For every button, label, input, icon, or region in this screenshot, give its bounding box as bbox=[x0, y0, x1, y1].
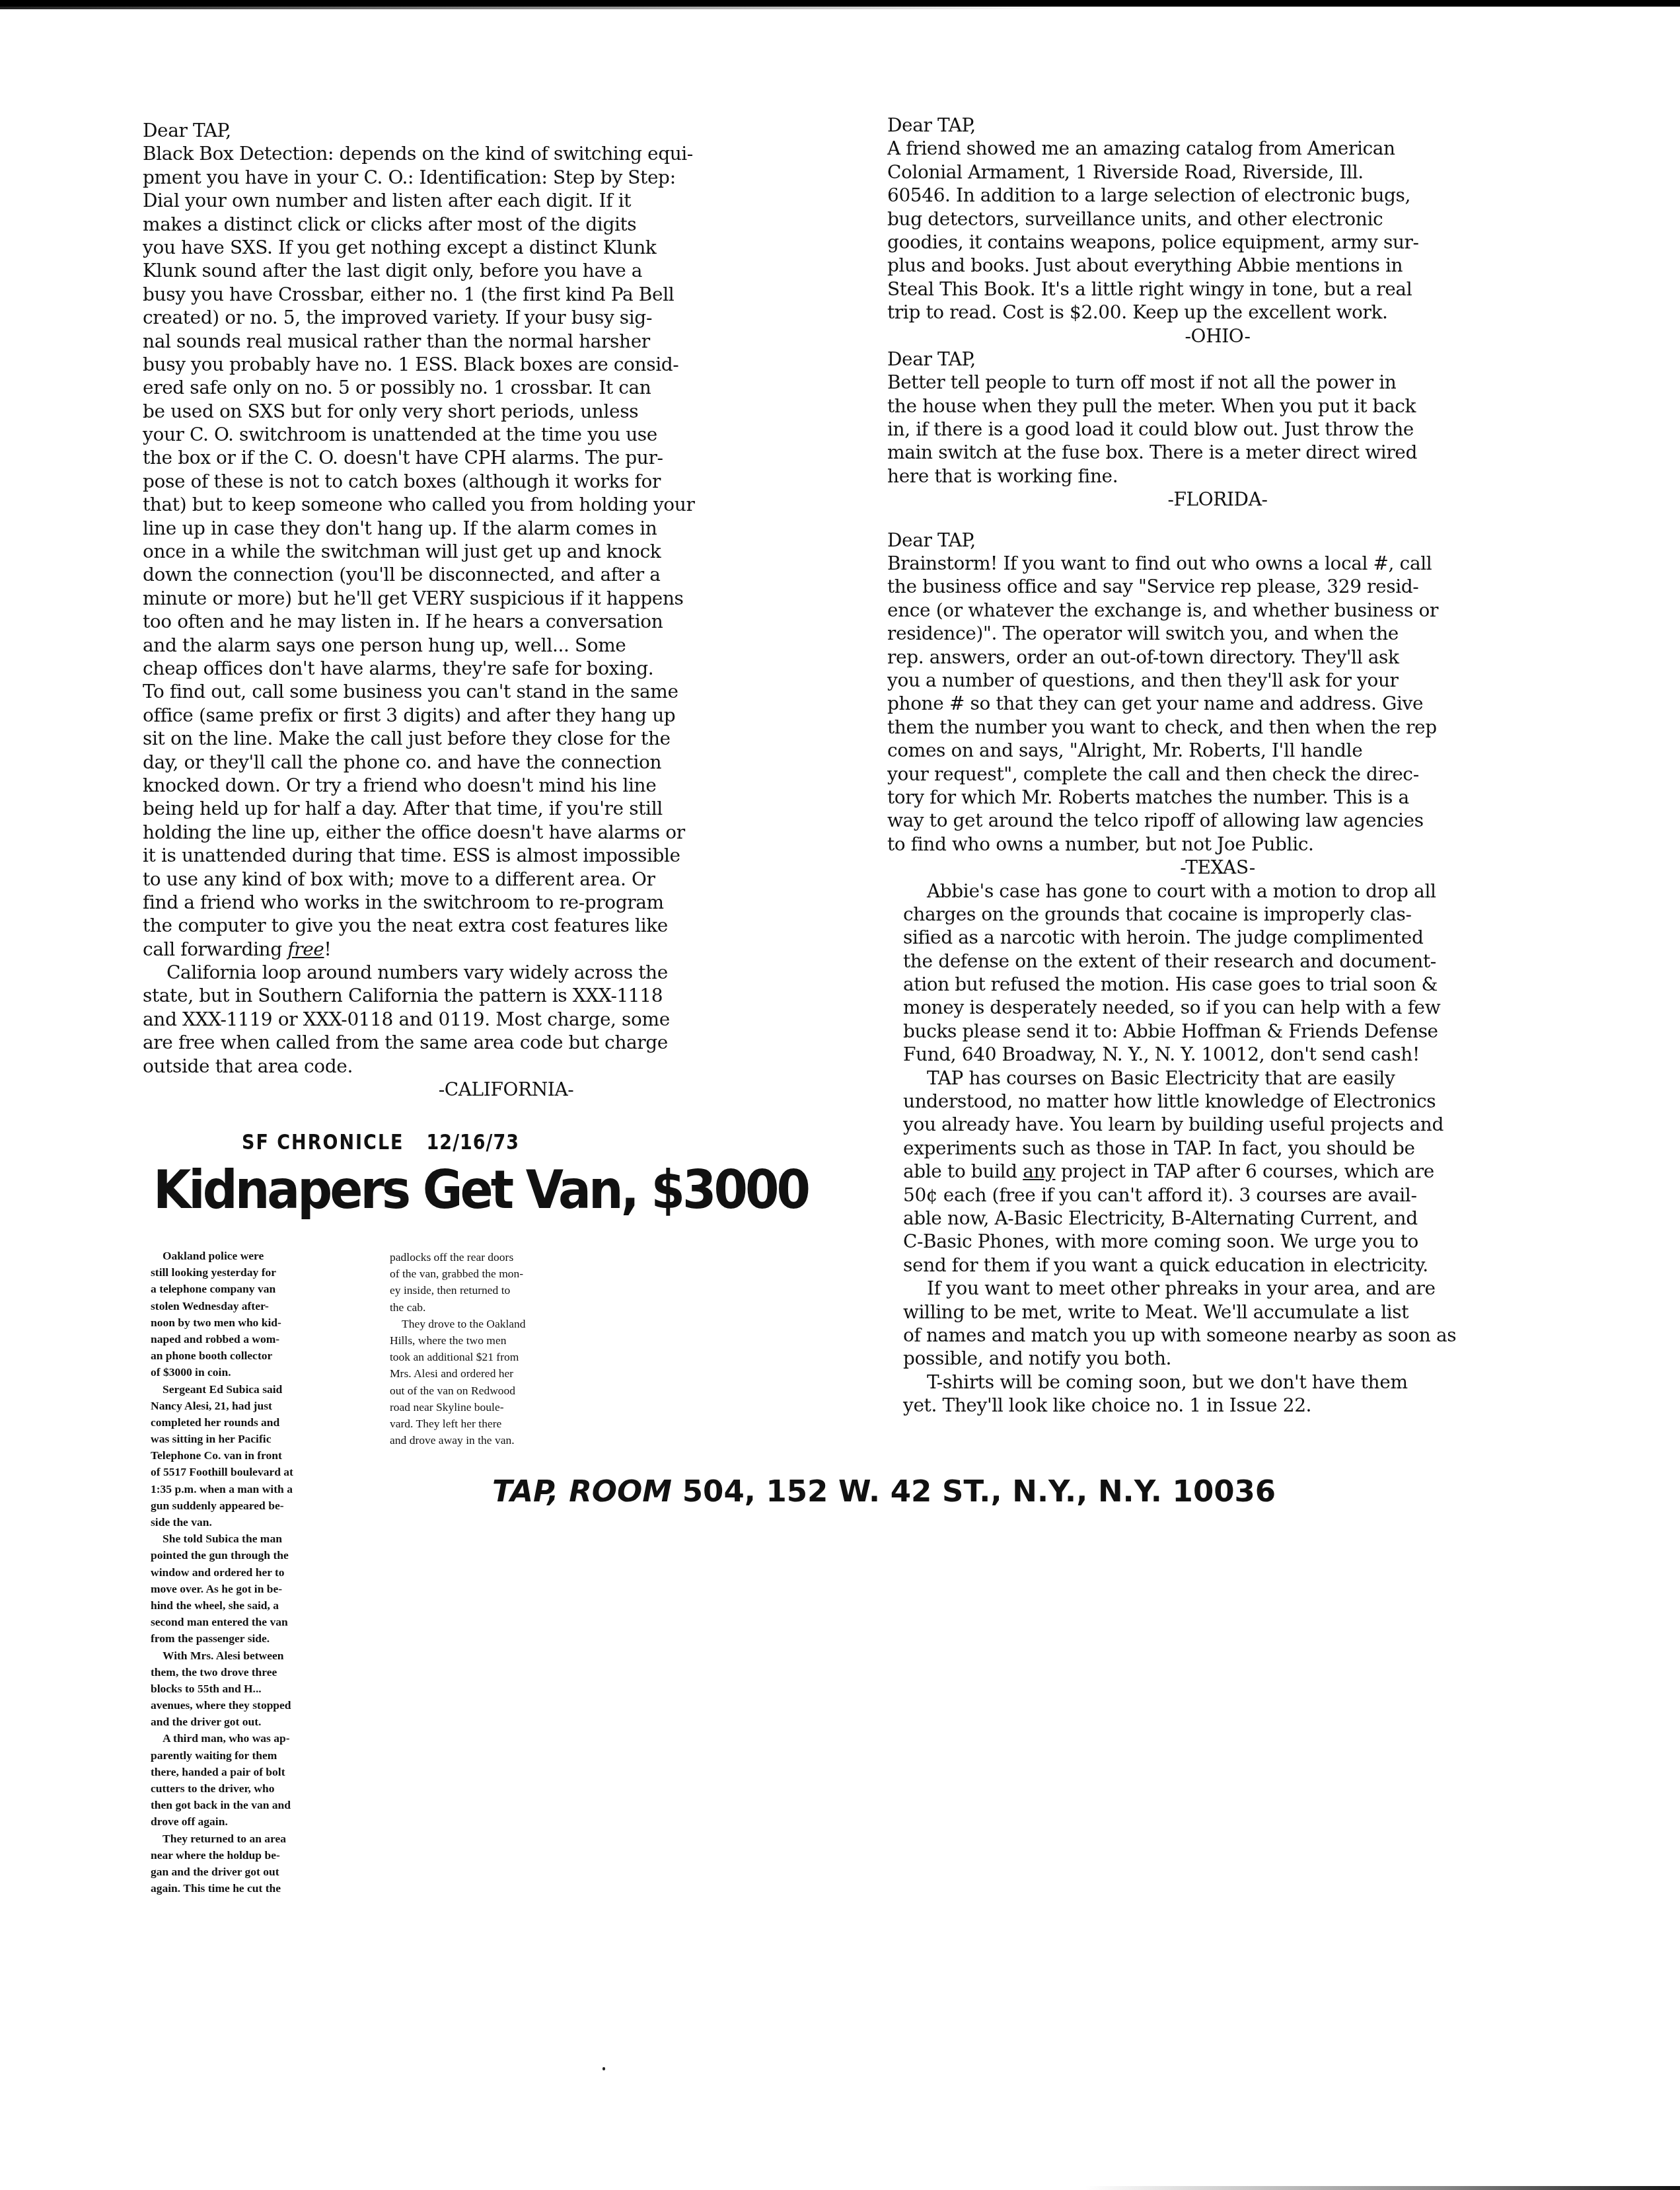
clipping-line: stolen Wednesday after- bbox=[151, 1298, 362, 1314]
text-line: 60546. In addition to a large selection … bbox=[887, 184, 1548, 207]
text-line: Steal This Book. It's a little right win… bbox=[887, 278, 1548, 301]
letter-body: A friend showed me an amazing catalog fr… bbox=[887, 137, 1548, 324]
abbie-defense-note: Abbie's case has gone to court with a mo… bbox=[887, 880, 1548, 1067]
clipping-line: naped and robbed a wom- bbox=[151, 1331, 362, 1347]
text: ! bbox=[324, 938, 331, 960]
paragraph: 50¢ each (free if you can't afford it). … bbox=[903, 1184, 1548, 1277]
text-line: to use any kind of box with; move to a d… bbox=[143, 868, 790, 891]
phreaks-note: If you want to meet other phreaks in you… bbox=[887, 1277, 1548, 1371]
text-line: money is desperately needed, so if you c… bbox=[903, 996, 1548, 1019]
text-line: plus and books. Just about everything Ab… bbox=[887, 254, 1548, 277]
text-line: of names and match you up with someone n… bbox=[903, 1324, 1548, 1347]
text-line: busy you probably have no. 1 ESS. Black … bbox=[143, 353, 790, 376]
salutation: Dear TAP, bbox=[887, 529, 1548, 552]
text-line: them the number you want to check, and t… bbox=[887, 716, 1548, 739]
address-street: 504, 152 W. 42 ST., N.Y., N.Y. 10036 bbox=[672, 1474, 1276, 1509]
clipping-line: road near Skyline boule- bbox=[390, 1399, 601, 1416]
clipping-line: still looking yesterday for bbox=[151, 1264, 362, 1281]
clipping-line: padlocks off the rear doors bbox=[390, 1249, 601, 1265]
clipping-line: Oakland police were bbox=[151, 1248, 362, 1264]
text-line: charges on the grounds that cocaine is i… bbox=[903, 903, 1548, 926]
text-line: Fund, 640 Broadway, N. Y., N. Y. 10012, … bbox=[903, 1043, 1548, 1066]
text-line: residence)". The operator will switch yo… bbox=[887, 622, 1548, 645]
clipping-line: an phone booth collector bbox=[151, 1347, 362, 1364]
text-line: Dial your own number and listen after ea… bbox=[143, 189, 790, 212]
address-name: TAP, ROOM bbox=[492, 1474, 672, 1509]
clipping-line: They drove to the Oakland bbox=[390, 1316, 601, 1332]
emphasis-free: free bbox=[287, 938, 324, 960]
text-line: goodies, it contains weapons, police equ… bbox=[887, 231, 1548, 254]
clipping-line: near where the holdup be- bbox=[151, 1847, 362, 1864]
clipping-line: and the driver got out. bbox=[151, 1714, 362, 1730]
text-line: trip to read. Cost is $2.00. Keep up the… bbox=[887, 301, 1548, 324]
text-line: office (same prefix or first 3 digits) a… bbox=[143, 704, 790, 727]
text-line: the house when they pull the meter. When… bbox=[887, 395, 1548, 418]
letter-body: Better tell people to turn off most if n… bbox=[887, 371, 1548, 488]
text-line: Brainstorm! If you want to find out who … bbox=[887, 552, 1548, 575]
text-line: understood, no matter how little knowled… bbox=[903, 1090, 1548, 1113]
clipping-line: noon by two men who kid- bbox=[151, 1314, 362, 1331]
text-line: Colonial Armament, 1 Riverside Road, Riv… bbox=[887, 161, 1548, 184]
right-column: Dear TAP, A friend showed me an amazing … bbox=[887, 114, 1548, 1417]
clipping-line: Telephone Co. van in front bbox=[151, 1447, 362, 1464]
clipping-line: Hills, where the two men bbox=[390, 1332, 601, 1349]
text-line: line up in case they don't hang up. If t… bbox=[143, 517, 790, 540]
text: able to build bbox=[903, 1160, 1023, 1182]
letter-ohio: Dear TAP, A friend showed me an amazing … bbox=[887, 114, 1548, 348]
left-column: Dear TAP, Black Box Detection: depends o… bbox=[143, 119, 790, 1101]
text-line: sified as a narcotic with heroin. The ju… bbox=[903, 926, 1548, 949]
text-line: bug detectors, surveillance units, and o… bbox=[887, 208, 1548, 231]
clipping-source: SF CHRONICLE12/16/73 bbox=[242, 1131, 519, 1155]
salutation: Dear TAP, bbox=[887, 114, 1548, 137]
clipping-line: of 5517 Foothill boulevard at bbox=[151, 1464, 362, 1480]
tap-mailing-address: TAP, ROOM 504, 152 W. 42 ST., N.Y., N.Y.… bbox=[492, 1474, 1276, 1509]
text-line: holding the line up, either the office d… bbox=[143, 821, 790, 844]
text-line: you already have. You learn by building … bbox=[903, 1113, 1548, 1136]
text: project in TAP after 6 courses, which ar… bbox=[1056, 1160, 1435, 1182]
text-line: comes on and says, "Alright, Mr. Roberts… bbox=[887, 739, 1548, 762]
text-line: pose of these is not to catch boxes (alt… bbox=[143, 470, 790, 493]
emphasis-any: any bbox=[1023, 1160, 1055, 1182]
clipping-line: vard. They left her there bbox=[390, 1416, 601, 1432]
clipping-line: They returned to an area bbox=[151, 1831, 362, 1847]
clipping-line: again. This time he cut the bbox=[151, 1880, 362, 1897]
clipping-column-2: padlocks off the rear doorsof the van, g… bbox=[390, 1249, 601, 1449]
text-line: your C. O. switchroom is unattended at t… bbox=[143, 423, 790, 446]
text-line: C-Basic Phones, with more coming soon. W… bbox=[903, 1230, 1548, 1253]
text: call forwarding bbox=[143, 938, 287, 960]
clipping-line: blocks to 55th and H... bbox=[151, 1680, 362, 1697]
courses-note: TAP has courses on Basic Electricity tha… bbox=[887, 1067, 1548, 1277]
clipping-line: was sitting in her Pacific bbox=[151, 1431, 362, 1447]
text-line: willing to be met, write to Meat. We'll … bbox=[903, 1301, 1548, 1324]
text-line: day, or they'll call the phone co. and h… bbox=[143, 751, 790, 774]
scan-bottom-border bbox=[1085, 2186, 1680, 2190]
text-line: nal sounds real musical rather than the … bbox=[143, 330, 790, 353]
text-line: outside that area code. bbox=[143, 1055, 790, 1078]
clipping-line: second man entered the van bbox=[151, 1614, 362, 1630]
clipping-line: Mrs. Alesi and ordered her bbox=[390, 1365, 601, 1382]
clipping-line: took an additional $21 from bbox=[390, 1349, 601, 1365]
clipping-line: from the passenger side. bbox=[151, 1630, 362, 1647]
signature: -TEXAS- bbox=[887, 856, 1548, 879]
text-line: tory for which Mr. Roberts matches the n… bbox=[887, 786, 1548, 809]
text-line: in, if there is a good load it could blo… bbox=[887, 418, 1548, 441]
clipping-line: 1:35 p.m. when a man with a bbox=[151, 1481, 362, 1497]
text-line: Klunk sound after the last digit only, b… bbox=[143, 259, 790, 282]
text-line: pment you have in your C. O.: Identifica… bbox=[143, 166, 790, 189]
text-line: to find who owns a number, but not Joe P… bbox=[887, 833, 1548, 856]
text-line: rep. answers, order an out-of-town direc… bbox=[887, 646, 1548, 669]
clipping-line: the cab. bbox=[390, 1299, 601, 1316]
clipping-line: move over. As he got in be- bbox=[151, 1581, 362, 1597]
clipping-line: of the van, grabbed the mon- bbox=[390, 1265, 601, 1282]
text-line: California loop around numbers vary wide… bbox=[143, 961, 790, 984]
clipping-date: 12/16/73 bbox=[427, 1131, 519, 1155]
text-line: TAP has courses on Basic Electricity tha… bbox=[903, 1067, 1548, 1090]
text-line: the business office and say "Service rep… bbox=[887, 575, 1548, 598]
salutation: Dear TAP, bbox=[887, 348, 1548, 371]
text-line: main switch at the fuse box. There is a … bbox=[887, 441, 1548, 464]
text-line: being held up for half a day. After that… bbox=[143, 797, 790, 820]
text-line: Abbie's case has gone to court with a mo… bbox=[903, 880, 1548, 903]
text-line: too often and he may listen in. If he he… bbox=[143, 610, 790, 633]
signature: -CALIFORNIA- bbox=[143, 1078, 790, 1101]
clipping-line: and drove away in the van. bbox=[390, 1432, 601, 1449]
text-line: able now, A-Basic Electricity, B-Alterna… bbox=[903, 1207, 1548, 1230]
text-line: way to get around the telco ripoff of al… bbox=[887, 809, 1548, 832]
text-line: cheap offices don't have alarms, they're… bbox=[143, 657, 790, 680]
clipping-line: window and ordered her to bbox=[151, 1564, 362, 1581]
text-line: are free when called from the same area … bbox=[143, 1031, 790, 1054]
text-line: knocked down. Or try a friend who doesn'… bbox=[143, 774, 790, 797]
clipping-line: ey inside, then returned to bbox=[390, 1282, 601, 1299]
text-line: busy you have Crossbar, either no. 1 (th… bbox=[143, 283, 790, 306]
text-line: it is unattended during that time. ESS i… bbox=[143, 844, 790, 867]
text-line: down the connection (you'll be disconnec… bbox=[143, 563, 790, 586]
paragraph: If you want to meet other phreaks in you… bbox=[903, 1277, 1548, 1371]
scan-top-border bbox=[0, 0, 1680, 7]
clipping-line: parently waiting for them bbox=[151, 1747, 362, 1764]
letter-florida: Dear TAP, Better tell people to turn off… bbox=[887, 348, 1548, 511]
paragraph-loop-numbers: California loop around numbers vary wide… bbox=[143, 961, 790, 1078]
text-line: that) but to keep someone who called you… bbox=[143, 493, 790, 516]
scan-speck bbox=[603, 2067, 605, 2070]
clipping-line: cutters to the driver, who bbox=[151, 1780, 362, 1797]
text-line: 50¢ each (free if you can't afford it). … bbox=[903, 1184, 1548, 1207]
text-line: you have SXS. If you get nothing except … bbox=[143, 236, 790, 259]
text-line: the defense on the extent of their resea… bbox=[903, 950, 1548, 973]
clipping-line: out of the van on Redwood bbox=[390, 1382, 601, 1399]
salutation: Dear TAP, bbox=[143, 119, 790, 142]
text-line: created) or no. 5, the improved variety.… bbox=[143, 306, 790, 329]
text-line: T-shirts will be coming soon, but we don… bbox=[903, 1371, 1548, 1394]
text-line: and XXX-1119 or XXX-0118 and 0119. Most … bbox=[143, 1008, 790, 1031]
text-line: be used on SXS but for only very short p… bbox=[143, 400, 790, 423]
spacer bbox=[887, 511, 1548, 529]
clipping-line: With Mrs. Alesi between bbox=[151, 1647, 362, 1664]
text-line: minute or more) but he'll get VERY suspi… bbox=[143, 587, 790, 610]
text-line: find a friend who works in the switchroo… bbox=[143, 891, 790, 914]
text-line: your request", complete the call and the… bbox=[887, 763, 1548, 786]
text-line: you a number of questions, and then they… bbox=[887, 669, 1548, 692]
clipping-line: She told Subica the man bbox=[151, 1530, 362, 1547]
tshirts-note: T-shirts will be coming soon, but we don… bbox=[887, 1371, 1548, 1417]
text-line: Black Box Detection: depends on the kind… bbox=[143, 142, 790, 165]
text-line: If you want to meet other phreaks in you… bbox=[903, 1277, 1548, 1300]
text-line: bucks please send it to: Abbie Hoffman &… bbox=[903, 1020, 1548, 1043]
text-line: yet. They'll look like choice no. 1 in I… bbox=[903, 1394, 1548, 1417]
clipping-line: gun suddenly appeared be- bbox=[151, 1497, 362, 1514]
clipping-line: gan and the driver got out bbox=[151, 1864, 362, 1880]
text-line: experiments such as those in TAP. In fac… bbox=[903, 1137, 1548, 1160]
letter-body: Black Box Detection: depends on the kind… bbox=[143, 142, 790, 937]
text-line: here that is working fine. bbox=[887, 465, 1548, 488]
paragraph: Abbie's case has gone to court with a mo… bbox=[903, 880, 1548, 1067]
text-line: the box or if the C. O. doesn't have CPH… bbox=[143, 446, 790, 469]
text-line: state, but in Southern California the pa… bbox=[143, 984, 790, 1007]
clipping-line: there, handed a pair of bolt bbox=[151, 1764, 362, 1780]
clipping-line: avenues, where they stopped bbox=[151, 1697, 362, 1714]
letter-california: Dear TAP, Black Box Detection: depends o… bbox=[143, 119, 790, 1101]
signature: -OHIO- bbox=[887, 324, 1548, 348]
clipping-column-1: Oakland police werestill looking yesterd… bbox=[151, 1248, 362, 1897]
text-line: A friend showed me an amazing catalog fr… bbox=[887, 137, 1548, 160]
text-line: Better tell people to turn off most if n… bbox=[887, 371, 1548, 394]
letter-body: Brainstorm! If you want to find out who … bbox=[887, 552, 1548, 856]
paragraph: TAP has courses on Basic Electricity tha… bbox=[903, 1067, 1548, 1160]
scan-top-shadow bbox=[0, 7, 1057, 9]
clipping-line: completed her rounds and bbox=[151, 1414, 362, 1431]
clipping-line: hind the wheel, she said, a bbox=[151, 1597, 362, 1614]
clipping-line: Nancy Alesi, 21, had just bbox=[151, 1398, 362, 1414]
clipping-line: A third man, who was ap- bbox=[151, 1730, 362, 1747]
text-line: phone # so that they can get your name a… bbox=[887, 692, 1548, 715]
text-line: To find out, call some business you can'… bbox=[143, 680, 790, 703]
letter-line: able to build any project in TAP after 6… bbox=[903, 1160, 1548, 1183]
text-line: makes a distinct click or clicks after m… bbox=[143, 213, 790, 236]
text-line: and the alarm says one person hung up, w… bbox=[143, 634, 790, 657]
clipping-line: then got back in the van and bbox=[151, 1797, 362, 1813]
clipping-line: side the van. bbox=[151, 1514, 362, 1530]
text-line: send for them if you want a quick educat… bbox=[903, 1254, 1548, 1277]
text-line: sit on the line. Make the call just befo… bbox=[143, 727, 790, 750]
clipping-line: a telephone company van bbox=[151, 1281, 362, 1297]
paragraph: T-shirts will be coming soon, but we don… bbox=[903, 1371, 1548, 1417]
text-line: the computer to give you the neat extra … bbox=[143, 914, 790, 937]
clipping-headline: Kidnapers Get Van, $3000 bbox=[153, 1160, 808, 1221]
letter-texas: Dear TAP, Brainstorm! If you want to fin… bbox=[887, 529, 1548, 880]
clipping-line: drove off again. bbox=[151, 1813, 362, 1830]
text-line: ation but refused the motion. His case g… bbox=[903, 973, 1548, 996]
newspaper-name: SF CHRONICLE bbox=[242, 1131, 404, 1155]
clipping-line: Sergeant Ed Subica said bbox=[151, 1381, 362, 1398]
text-line: possible, and notify you both. bbox=[903, 1347, 1548, 1370]
clipping-line: pointed the gun through the bbox=[151, 1547, 362, 1564]
text-line: ered safe only on no. 5 or possibly no. … bbox=[143, 376, 790, 399]
text-line: ence (or whatever the exchange is, and w… bbox=[887, 599, 1548, 622]
clipping-line: of $3000 in coin. bbox=[151, 1364, 362, 1380]
letter-line: call forwarding free! bbox=[143, 938, 790, 961]
signature: -FLORIDA- bbox=[887, 488, 1548, 511]
text-line: once in a while the switchman will just … bbox=[143, 540, 790, 563]
clipping-line: them, the two drove three bbox=[151, 1664, 362, 1680]
